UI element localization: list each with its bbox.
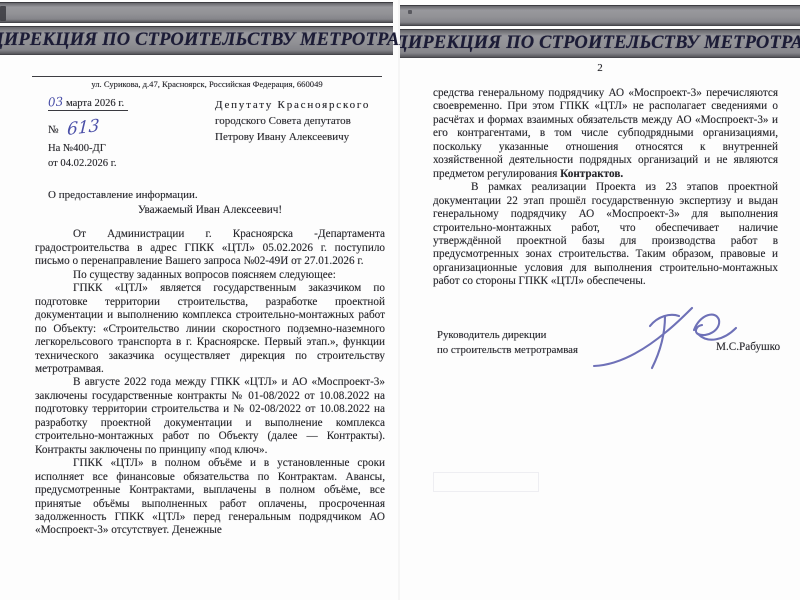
scan-artifact <box>433 472 539 492</box>
scan-dot <box>408 10 412 14</box>
signatory-name: М.С.Рабушко <box>716 341 780 353</box>
handwritten-day: 03 <box>48 94 64 109</box>
banner-title-bar: ДИРЕКЦИЯ ПО СТРОИТЕЛЬСТВУ МЕТРОТРАМВАЯ <box>0 26 393 55</box>
letter-body-page2: средства генеральному подрядчику АО «Мос… <box>433 87 778 289</box>
org-title: ДИРЕКЦИЯ ПО СТРОИТЕЛЬСТВУ МЕТРОТРАМВАЯ <box>0 27 400 54</box>
scan-smudge <box>0 6 6 21</box>
position-line: Руководитель дирекции <box>437 328 578 343</box>
paragraph: От Администрации г. Красноярска -Департа… <box>35 228 385 268</box>
handwritten-number: 613 <box>67 116 100 140</box>
page-divider <box>398 0 400 600</box>
printed-date: марта 2026 г. <box>66 98 124 109</box>
paragraph-text: средства генеральному подрядчику АО «Мос… <box>433 87 778 180</box>
org-address: ул. Сурикова, д.47, Красноярск, Российск… <box>32 79 382 89</box>
paragraph: В августе 2022 года между ГПКК «ЦТЛ» и А… <box>35 376 385 457</box>
paragraph: ГПКК «ЦТЛ» в полном объёме и в установле… <box>35 457 385 538</box>
page-number: 2 <box>400 62 800 74</box>
outgoing-number: № 613 <box>48 118 100 138</box>
reference-number: На №400-ДГ <box>48 143 106 154</box>
salutation: Уважаемый Иван Алексеевич! <box>35 204 385 217</box>
address-rule <box>32 76 382 77</box>
letter-page-1: ДИРЕКЦИЯ ПО СТРОИТЕЛЬСТВУ МЕТРОТРАМВАЯ у… <box>0 0 400 600</box>
letter-body-page1: Уважаемый Иван Алексеевич! От Администра… <box>35 204 385 538</box>
reference-date: от 04.02.2026 г. <box>48 158 117 169</box>
handwritten-signature <box>590 300 740 378</box>
org-title: ДИРЕКЦИЯ ПО СТРОИТЕЛЬСТВУ МЕТРОТРАМВАЯ <box>400 30 800 57</box>
paragraph-bold-term: Контрактов. <box>560 168 623 180</box>
paragraph: По существу заданных вопросов поясняем с… <box>35 269 385 282</box>
recipient-line: городского Совета депутатов <box>215 113 370 129</box>
banner-top-bar <box>400 5 800 26</box>
signatory-position: Руководитель дирекции по строительств ме… <box>437 328 578 357</box>
position-line: по строительств метротрамвая <box>437 343 578 358</box>
recipient-line: Депутату Красноярского <box>215 97 370 113</box>
paragraph: средства генеральному подрядчику АО «Мос… <box>433 87 778 181</box>
recipient-block: Депутату Красноярского городского Совета… <box>215 97 370 145</box>
letter-page-2: ДИРЕКЦИЯ ПО СТРОИТЕЛЬСТВУ МЕТРОТРАМВАЯ 2… <box>400 0 800 600</box>
paragraph: В рамках реализации Проекта из 23 этапов… <box>433 181 778 289</box>
paragraph: ГПКК «ЦТЛ» является государственным зака… <box>35 282 385 376</box>
banner-title-bar: ДИРЕКЦИЯ ПО СТРОИТЕЛЬСТВУ МЕТРОТРАМВАЯ <box>400 29 800 58</box>
scanned-letter-spread: ДИРЕКЦИЯ ПО СТРОИТЕЛЬСТВУ МЕТРОТРАМВАЯ у… <box>0 0 800 600</box>
banner-top-bar <box>0 2 393 23</box>
subject-line: О предоставление информации. <box>48 189 198 201</box>
recipient-line: Петрову Ивану Алексеевичу <box>215 129 370 145</box>
outgoing-date: 03 марта 2026 г. <box>48 95 128 111</box>
number-label: № <box>48 124 59 136</box>
